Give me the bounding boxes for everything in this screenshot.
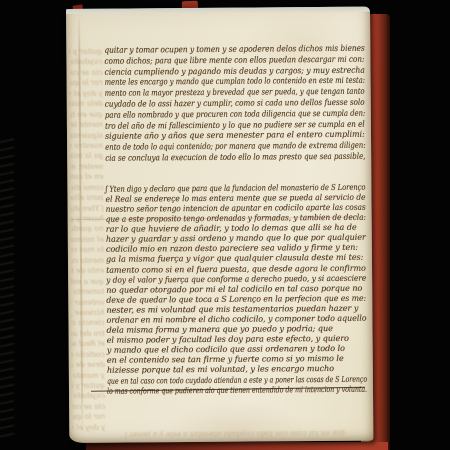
showthrough-line: ento de todo lo aqui c bbox=[71, 266, 104, 277]
manuscript-line: y doy el valor y fuerça que conforme a d… bbox=[106, 272, 341, 284]
showthrough-line: quitar y tomar ocupen bbox=[69, 47, 102, 58]
manuscript-text-block: quitar y tomar ocupen y tomen y se apode… bbox=[104, 43, 363, 396]
showthrough-line: cia se concluya la exe bbox=[69, 68, 102, 79]
showthrough-line: dexe de quedar lo que bbox=[72, 360, 105, 371]
showthrough-line: codicilo mio en razon bbox=[72, 349, 105, 360]
showthrough-line: cia se concluya la exe bbox=[72, 402, 105, 413]
showthrough-line: rar lo que huviere de bbox=[70, 78, 103, 89]
showthrough-line: lo mas conforme que pu bbox=[71, 245, 104, 256]
showthrough-line: tro del año de mi fall bbox=[72, 329, 105, 340]
showthrough-line: rar lo que huviere de bbox=[72, 412, 105, 423]
showthrough-line: en el contenido sea ta bbox=[70, 172, 103, 183]
showthrough-line: que en tal caso con to bbox=[70, 109, 103, 120]
manuscript-line: que a este proposito tengo ordenadas y f… bbox=[106, 212, 340, 224]
showthrough-line: hiziesse porque tal es bbox=[71, 308, 104, 319]
showthrough-line: y mando que el dicho c bbox=[72, 370, 105, 381]
showthrough-line: hazer y guardar y assi bbox=[71, 214, 104, 225]
manuscript-page: quitar y tomar ocupen cuydado de lo assi… bbox=[66, 7, 373, 443]
showthrough-line: tamento como si en el bbox=[71, 287, 104, 298]
showthrough-line: ʃ Yten digo y declaro bbox=[71, 203, 104, 214]
showthrough-line: como dichos; para que bbox=[70, 182, 103, 193]
showthrough-line: mento con la mayor pre bbox=[71, 255, 104, 266]
showthrough-line: que a este proposito t bbox=[71, 276, 104, 287]
showthrough-line: para ello nombrado y q bbox=[70, 193, 103, 204]
manuscript-line: hazer y guardar y assi ordeno y mando qu… bbox=[106, 232, 361, 244]
manuscript-line: cia se concluya la execucion de todo ell… bbox=[105, 151, 326, 164]
showthrough-line: cuydado de lo assi haz bbox=[69, 57, 102, 68]
paragraph: ʃ Yten digo y declaro que para que la fu… bbox=[105, 181, 363, 395]
book-cover-bottom-edge bbox=[86, 442, 388, 450]
showthrough-line: dela misma forma y man bbox=[70, 99, 103, 110]
adjacent-leaf-marks bbox=[0, 135, 14, 440]
manuscript-line: dexe de quedar lo que toca a S Lorenço e… bbox=[106, 293, 352, 305]
manuscript-line: ordenar en mi nombre el dicho codicilo, … bbox=[106, 313, 357, 325]
showthrough-line: no quedar otorgado por bbox=[71, 224, 104, 235]
showthrough-line: siguiente año y años q bbox=[70, 130, 103, 141]
showthrough-line: nester, es mi voluntad bbox=[70, 162, 103, 173]
paragraph: quitar y tomar ocupen y tomen y se apode… bbox=[104, 43, 361, 164]
showthrough-line: mente les encargo y ma bbox=[70, 120, 103, 131]
ink-showthrough-left-margin: quitar y tomar ocupen cuydado de lo assi… bbox=[69, 47, 105, 433]
showthrough-line: y doy el valor y fuerç bbox=[70, 88, 103, 99]
showthrough-line: ciencia cumpliendo y p bbox=[71, 318, 104, 329]
showthrough-line: el Real se endereçe lo bbox=[72, 339, 105, 350]
ink-showthrough-bottom-edge: que en tal caso con todo cuydado atienda… bbox=[83, 428, 345, 440]
showthrough-line: nuestro señor tengo in bbox=[70, 141, 103, 152]
showthrough-line: el mismo poder y facul bbox=[71, 235, 104, 246]
photo-of-manuscript: quitar y tomar ocupen cuydado de lo assi… bbox=[0, 0, 450, 450]
showthrough-line: ordenar en mi nombre e bbox=[71, 297, 104, 308]
showthrough-line: cuydado de lo assi haz bbox=[72, 391, 105, 402]
showthrough-line: ga la misma fuerça y v bbox=[70, 151, 103, 162]
